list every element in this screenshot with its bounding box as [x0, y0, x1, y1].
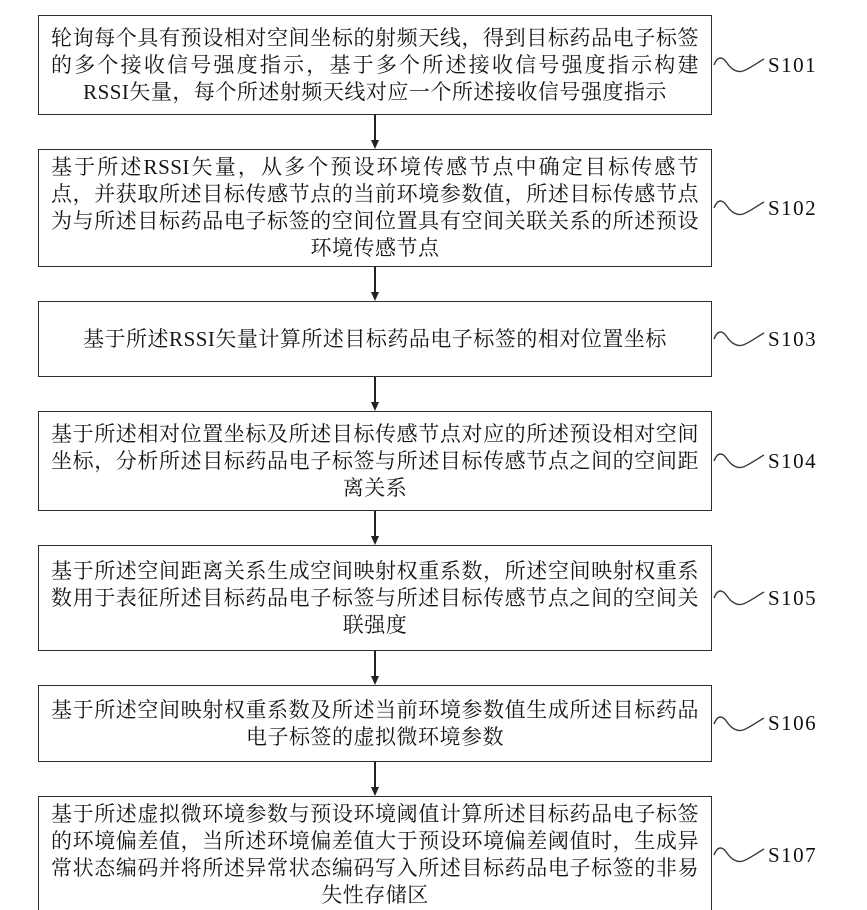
step-label: S107 [768, 843, 817, 868]
step-label: S101 [768, 53, 817, 78]
step-connector: S102 [713, 194, 817, 222]
arrow-shaft [374, 267, 376, 292]
arrow-head-icon [371, 292, 379, 301]
step-text: 基于所述相对位置坐标及所述目标传感节点对应的所述预设相对空间坐标，分析所述目标药… [51, 421, 699, 502]
step-text: 轮询每个具有预设相对空间坐标的射频天线，得到目标药品电子标签的多个接收信号强度指… [51, 25, 699, 106]
step-text: 基于所述虚拟微环境参数与预设环境阈值计算所述目标药品电子标签的环境偏差值，当所述… [51, 801, 699, 909]
down-arrow [38, 651, 712, 685]
step-box: 基于所述虚拟微环境参数与预设环境阈值计算所述目标药品电子标签的环境偏差值，当所述… [38, 796, 712, 910]
squiggle-line-icon [713, 325, 765, 353]
step-box: 基于所述相对位置坐标及所述目标传感节点对应的所述预设相对空间坐标，分析所述目标药… [38, 411, 712, 511]
squiggle-line-icon [713, 710, 765, 738]
step-text: 基于所述空间映射权重系数及所述当前环境参数值生成所述目标药品电子标签的虚拟微环境… [51, 697, 699, 751]
arrow-head-icon [371, 676, 379, 685]
flow-step-s105: 基于所述空间距离关系生成空间映射权重系数，所述空间映射权重系数用于表征所述目标药… [38, 545, 712, 651]
down-arrow [38, 511, 712, 545]
step-text: 基于所述空间距离关系生成空间映射权重系数，所述空间映射权重系数用于表征所述目标药… [51, 558, 699, 639]
step-connector: S106 [713, 710, 817, 738]
step-label: S106 [768, 711, 817, 736]
flow-step-s102: 基于所述RSSI矢量，从多个预设环境传感节点中确定目标传感节点，并获取所述目标传… [38, 149, 712, 267]
step-text: 基于所述RSSI矢量，从多个预设环境传感节点中确定目标传感节点，并获取所述目标传… [51, 154, 699, 262]
arrow-shaft [374, 115, 376, 140]
step-box: 基于所述RSSI矢量计算所述目标药品电子标签的相对位置坐标 [38, 301, 712, 377]
arrow-head-icon [371, 787, 379, 796]
step-connector: S103 [713, 325, 817, 353]
patent-flowchart-figure: 轮询每个具有预设相对空间坐标的射频天线，得到目标药品电子标签的多个接收信号强度指… [0, 0, 867, 910]
arrow-head-icon [371, 140, 379, 149]
step-label: S105 [768, 586, 817, 611]
step-label: S103 [768, 327, 817, 352]
arrow-head-icon [371, 402, 379, 411]
squiggle-line-icon [713, 51, 765, 79]
step-text: 基于所述RSSI矢量计算所述目标药品电子标签的相对位置坐标 [51, 326, 699, 353]
squiggle-line-icon [713, 194, 765, 222]
arrow-shaft [374, 651, 376, 676]
flow-step-s107: 基于所述虚拟微环境参数与预设环境阈值计算所述目标药品电子标签的环境偏差值，当所述… [38, 796, 712, 910]
squiggle-line-icon [713, 841, 765, 869]
step-connector: S105 [713, 584, 817, 612]
step-box: 基于所述空间距离关系生成空间映射权重系数，所述空间映射权重系数用于表征所述目标药… [38, 545, 712, 651]
down-arrow [38, 377, 712, 411]
flow-step-s101: 轮询每个具有预设相对空间坐标的射频天线，得到目标药品电子标签的多个接收信号强度指… [38, 15, 712, 115]
step-box: 轮询每个具有预设相对空间坐标的射频天线，得到目标药品电子标签的多个接收信号强度指… [38, 15, 712, 115]
squiggle-line-icon [713, 584, 765, 612]
step-connector: S104 [713, 447, 817, 475]
arrow-shaft [374, 511, 376, 536]
arrow-shaft [374, 762, 376, 787]
down-arrow [38, 115, 712, 149]
down-arrow [38, 762, 712, 796]
flow-step-s104: 基于所述相对位置坐标及所述目标传感节点对应的所述预设相对空间坐标，分析所述目标药… [38, 411, 712, 511]
step-connector: S101 [713, 51, 817, 79]
flow-step-s106: 基于所述空间映射权重系数及所述当前环境参数值生成所述目标药品电子标签的虚拟微环境… [38, 685, 712, 762]
step-box: 基于所述空间映射权重系数及所述当前环境参数值生成所述目标药品电子标签的虚拟微环境… [38, 685, 712, 762]
step-connector: S107 [713, 841, 817, 869]
step-label: S102 [768, 196, 817, 221]
arrow-shaft [374, 377, 376, 402]
down-arrow [38, 267, 712, 301]
squiggle-line-icon [713, 447, 765, 475]
step-box: 基于所述RSSI矢量，从多个预设环境传感节点中确定目标传感节点，并获取所述目标传… [38, 149, 712, 267]
arrow-head-icon [371, 536, 379, 545]
step-label: S104 [768, 449, 817, 474]
flowchart: 轮询每个具有预设相对空间坐标的射频天线，得到目标药品电子标签的多个接收信号强度指… [38, 15, 712, 910]
flow-step-s103: 基于所述RSSI矢量计算所述目标药品电子标签的相对位置坐标 S103 [38, 301, 712, 377]
